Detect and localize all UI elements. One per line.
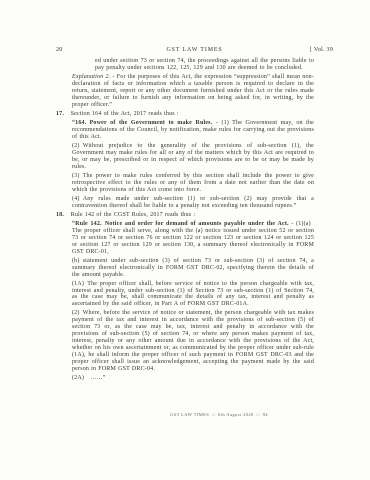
paragraph-lead: 18. xyxy=(56,212,64,218)
paragraph-text: (b) statement under sub-section (3) of s… xyxy=(72,258,314,278)
para-rule-142-sub1a: “Rule 142. Notice and order for demand o… xyxy=(72,221,314,256)
para-rule-142-sub2: (2) Where, before the service of notice … xyxy=(72,310,314,373)
running-header: 20 GST LAW TIMES [ Vol. 39 xyxy=(56,46,333,54)
header-journal-title: GST LAW TIMES xyxy=(116,47,273,54)
para-penalty-conclusion: ed under section 73 or section 74, the p… xyxy=(95,58,314,72)
footer-date: 6th August 2020 xyxy=(218,412,254,417)
header-volume: [ Vol. 39 xyxy=(273,46,333,53)
paragraph-text: (2) Where, before the service of notice … xyxy=(72,310,314,372)
document-body: ed under section 73 or section 74, the p… xyxy=(56,58,314,382)
para-item-18: 18. Rule 142 of the CGST Rules, 2017 rea… xyxy=(56,212,314,219)
para-section-164-sub4: (4) Any rules made under sub-section (1)… xyxy=(72,196,314,210)
para-section-164-sub1: “164. Power of the Government to make Ru… xyxy=(72,120,314,141)
paragraph-text: (4) Any rules made under sub-section (1)… xyxy=(72,196,314,209)
footer-journal: GST LAW TIMES xyxy=(170,412,209,417)
para-rule-142-sub1A: (1A) The proper officer shall, before se… xyxy=(72,281,314,309)
header-page-number: 20 xyxy=(56,46,116,53)
paragraph-text: Section 164 of the Act, 2017 reads thus … xyxy=(71,111,179,117)
paragraph-text: (2) Without prejudice to the generality … xyxy=(72,143,314,170)
paragraph-text: (1A) The proper officer shall, before se… xyxy=(72,281,314,308)
footer-square-icon: □ xyxy=(212,412,215,417)
paragraph-lead: Explanation 2. xyxy=(72,74,110,80)
scanned-document-page: 20 GST LAW TIMES [ Vol. 39 ed under sect… xyxy=(0,0,370,480)
para-rule-142-sub1b: (b) statement under sub-section (3) of s… xyxy=(72,258,314,279)
para-section-164-sub2: (2) Without prejudice to the generality … xyxy=(72,143,314,171)
paragraph-text: (3) The power to make rules conferred by… xyxy=(72,173,314,193)
paragraph-text: ed under section 73 or section 74, the p… xyxy=(95,58,314,71)
page-footer-imprint: GST LAW TIMES□6th August 2020□94 xyxy=(170,412,268,417)
para-item-17: 17. Section 164 of the Act, 2017 reads t… xyxy=(56,111,314,118)
para-explanation-2: Explanation 2. - For the purposes of thi… xyxy=(72,74,314,109)
footer-square-icon: □ xyxy=(257,412,260,417)
footer-folio-number: 94 xyxy=(263,412,268,417)
paragraph-lead: “Rule 142. Notice and order for demand o… xyxy=(72,221,289,227)
paragraph-text: Rule 142 of the CGST Rules, 2017 reads t… xyxy=(71,212,196,218)
paragraph-lead: “164. Power of the Government to make Ru… xyxy=(72,120,212,126)
para-rule-142-sub2A: (2A) ……” xyxy=(72,375,314,382)
paragraph-lead: 17. xyxy=(56,111,64,117)
paragraph-text: (2A) ……” xyxy=(72,375,106,381)
para-section-164-sub3: (3) The power to make rules conferred by… xyxy=(72,173,314,194)
